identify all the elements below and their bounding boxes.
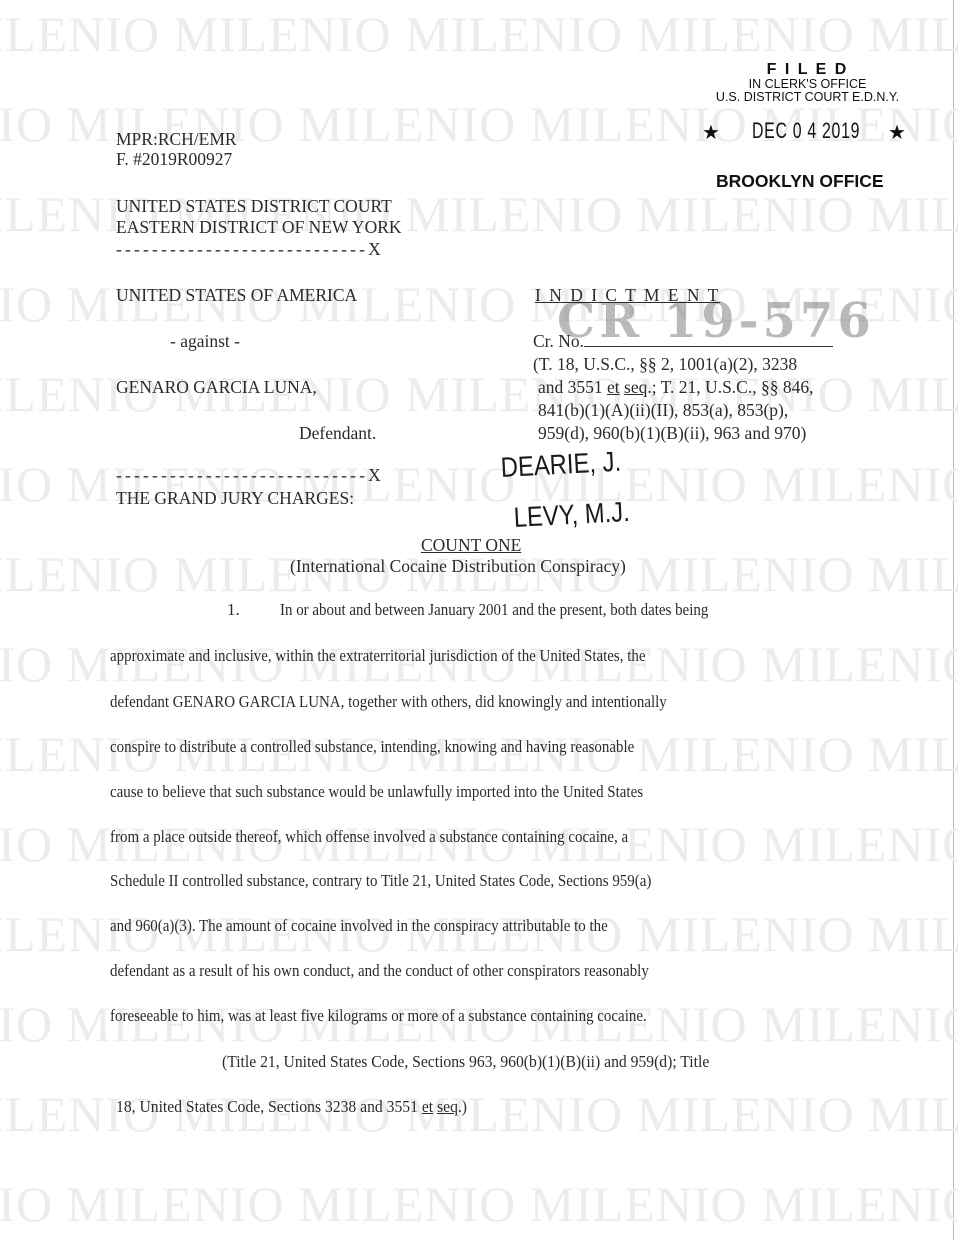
statute-line-4: 959(d), 960(b)(1)(B)(ii), 963 and 970) <box>538 423 806 444</box>
body-line: approximate and inclusive, within the ex… <box>110 646 646 666</box>
file-number: F. #2019R00927 <box>116 149 232 170</box>
filed-stamp: F I L E D IN CLERK'S OFFICE U.S. DISTRIC… <box>700 62 915 104</box>
page-edge-line <box>953 0 954 1240</box>
body-line: conspire to distribute a controlled subs… <box>110 737 634 757</box>
star-icon: ★ <box>702 120 720 145</box>
watermark-row: MILENIO MILENIO MILENIO MILENIO MILENIO … <box>0 1175 958 1233</box>
court-district: EASTERN DISTRICT OF NEW YORK <box>116 217 402 238</box>
statute-text: .; T. 21, U.S.C., §§ 846, <box>647 377 813 397</box>
grand-jury-charges: THE GRAND JURY CHARGES: <box>116 488 354 509</box>
defendant-name: GENARO GARCIA LUNA, <box>116 377 317 398</box>
against-label: - against - <box>170 331 240 352</box>
citation-text: .) <box>458 1097 467 1116</box>
court-name: UNITED STATES DISTRICT COURT <box>116 196 392 217</box>
body-line: foreseeable to him, was at least five ki… <box>110 1006 647 1026</box>
stamp-court: U.S. DISTRICT COURT E.D.N.Y. <box>700 91 915 104</box>
statute-text: and 3551 <box>538 377 607 397</box>
body-line: Schedule II controlled substance, contra… <box>110 871 651 891</box>
body-line: cause to believe that such substance wou… <box>110 782 643 802</box>
defendant-label: Defendant. <box>299 423 376 444</box>
citation-line-2: 18, United States Code, Sections 3238 an… <box>116 1097 467 1117</box>
caption-divider-bottom: - - - - - - - - - - - - - - - - - - - - … <box>116 465 380 486</box>
statute-line-2: and 3551 et seq.; T. 21, U.S.C., §§ 846, <box>538 377 813 398</box>
count-title: COUNT ONE <box>421 535 521 556</box>
statute-et: et <box>607 377 620 397</box>
body-line: from a place outside thereof, which offe… <box>110 827 628 847</box>
body-line: In or about and between January 2001 and… <box>280 600 708 620</box>
body-line: defendant as a result of his own conduct… <box>110 961 649 981</box>
statute-seq: seq <box>624 377 647 397</box>
stamp-brooklyn-office: BROOKLYN OFFICE <box>716 171 884 192</box>
statute-line-1: (T. 18, U.S.C., §§ 2, 1001(a)(2), 3238 <box>533 354 797 375</box>
plaintiff: UNITED STATES OF AMERICA <box>116 285 357 306</box>
district-judge-stamp: DEARIE, J. <box>500 446 622 484</box>
citation-line-1: (Title 21, United States Code, Sections … <box>222 1052 709 1072</box>
magistrate-judge-stamp: LEVY, M.J. <box>513 496 630 534</box>
count-subtitle: (International Cocaine Distribution Cons… <box>290 556 626 577</box>
statute-line-3: 841(b)(1)(A)(ii)(II), 853(a), 853(p), <box>538 400 788 421</box>
citation-et: et <box>422 1097 433 1116</box>
stamp-date: DEC 0 4 2019 <box>752 118 860 144</box>
watermark-row: MILENIO MILENIO MILENIO MILENIO MILENIO … <box>0 5 958 63</box>
citation-text: 18, United States Code, Sections 3238 an… <box>116 1097 422 1116</box>
star-icon: ★ <box>888 120 906 145</box>
paragraph-number: 1. <box>227 600 240 620</box>
body-line: defendant GENARO GARCIA LUNA, together w… <box>110 692 667 712</box>
cr-no-field: Cr. No. <box>533 331 833 352</box>
stamp-date-row: ★ DEC 0 4 2019 ★ <box>700 118 915 148</box>
stamp-filed: F I L E D <box>700 62 915 78</box>
cr-no-underline <box>584 332 833 347</box>
body-line: and 960(a)(3). The amount of cocaine inv… <box>110 916 608 936</box>
indictment-title: I N D I C T M E N T <box>535 285 720 306</box>
cr-no-label: Cr. No. <box>533 331 584 351</box>
attorney-initials: MPR:RCH/EMR <box>116 129 237 150</box>
caption-divider-top: - - - - - - - - - - - - - - - - - - - - … <box>116 239 380 260</box>
citation-seq: seq <box>437 1097 458 1116</box>
